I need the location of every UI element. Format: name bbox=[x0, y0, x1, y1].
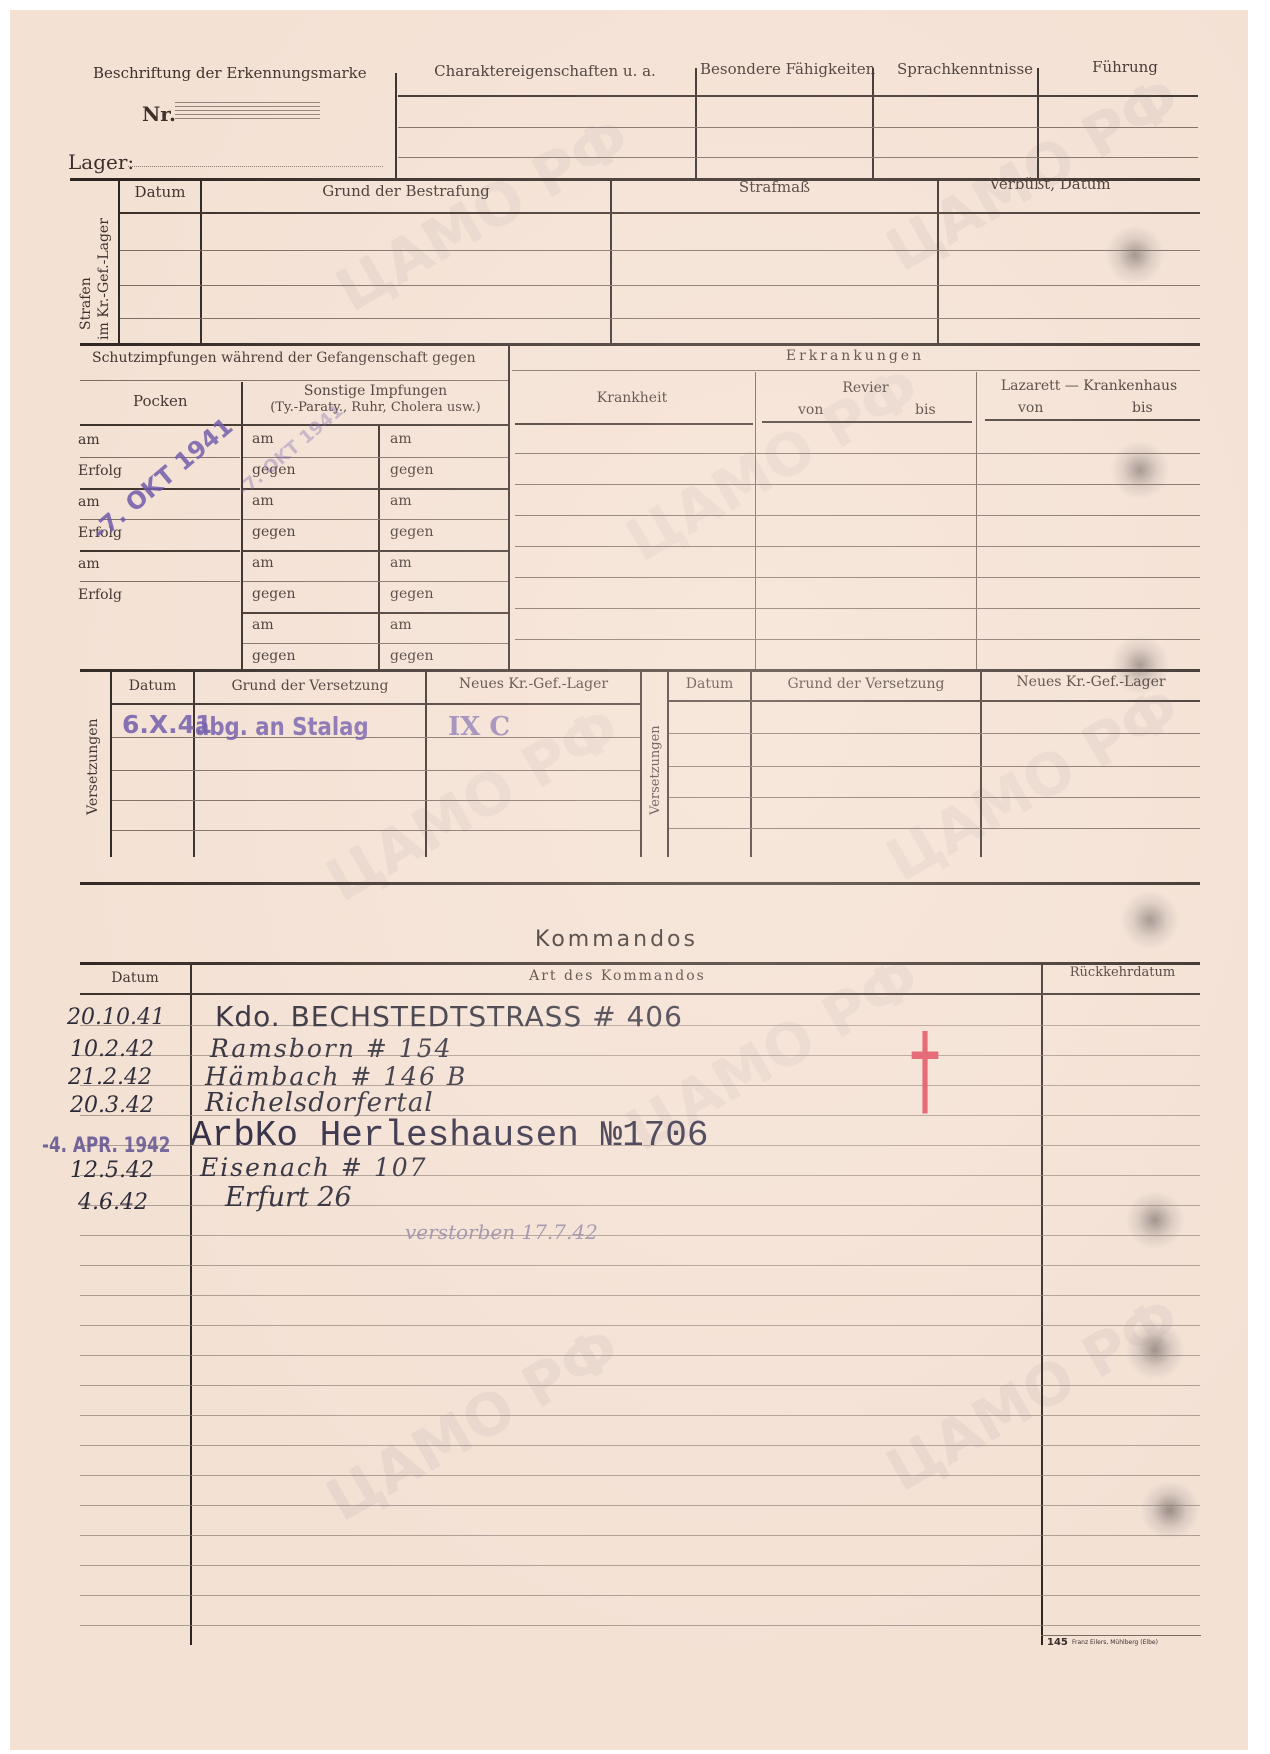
rule bbox=[243, 581, 508, 582]
rule bbox=[120, 285, 1200, 286]
revier-von: von bbox=[798, 402, 823, 418]
rule bbox=[515, 608, 1200, 609]
lazarett-bis: bis bbox=[1132, 400, 1153, 416]
rule bbox=[669, 733, 1200, 734]
watermark: ЦАМО РФ bbox=[875, 673, 1191, 895]
lager-field[interactable] bbox=[128, 166, 383, 167]
nr-field[interactable] bbox=[175, 102, 320, 120]
versetzung-col-date: Datum bbox=[112, 678, 193, 694]
sonstige-row: am bbox=[390, 555, 412, 571]
rule bbox=[243, 612, 508, 614]
sonstige-row: am bbox=[390, 493, 412, 509]
sonstige-label: Sonstige Impfungen bbox=[243, 383, 508, 399]
punch-hole bbox=[1120, 890, 1180, 950]
rule bbox=[80, 581, 240, 582]
rule bbox=[112, 830, 640, 831]
sonstige-row: am bbox=[252, 617, 274, 633]
rule bbox=[515, 577, 1200, 578]
col-header-languages: Sprachkenntnisse bbox=[880, 60, 1050, 78]
strafen-col-date: Datum bbox=[120, 183, 200, 201]
pocken-label: Pocken bbox=[133, 392, 188, 410]
kommando-text: Richelsdorfertal bbox=[205, 1088, 434, 1118]
divider bbox=[1037, 68, 1039, 178]
rule bbox=[762, 421, 972, 423]
kommando-text-typed: ArbKo Herleshausen №1706 bbox=[190, 1115, 708, 1156]
rule bbox=[669, 828, 1200, 829]
rule bbox=[669, 766, 1200, 767]
pocken-row: Erfolg bbox=[78, 463, 122, 479]
kommando-date: 10.2.42 bbox=[70, 1037, 154, 1062]
sonstige-row: am bbox=[252, 555, 274, 571]
rule bbox=[112, 703, 640, 705]
rule bbox=[80, 550, 240, 552]
versetzung-col-reason: Grund der Versetzung bbox=[195, 678, 425, 694]
divider bbox=[695, 68, 697, 178]
rule bbox=[80, 457, 240, 458]
divider bbox=[937, 180, 939, 345]
kommandos-title: Kommandos bbox=[535, 927, 698, 952]
rule bbox=[398, 95, 1198, 97]
rule bbox=[985, 419, 1200, 421]
tag-label: Beschriftung der Erkennungsmarke bbox=[93, 64, 367, 82]
rule bbox=[515, 546, 1200, 547]
sonstige-row: gegen bbox=[252, 524, 296, 540]
sonstige-label-2: (Ty.-Paraty., Ruhr, Cholera usw.) bbox=[243, 400, 508, 415]
rule bbox=[669, 797, 1200, 798]
versetzung-col-camp: Neues Kr.-Gef.-Lager bbox=[427, 676, 640, 692]
sonstige-row: am bbox=[252, 431, 274, 447]
divider bbox=[395, 73, 397, 178]
rule bbox=[80, 993, 1200, 995]
rule bbox=[515, 515, 1200, 516]
rule bbox=[398, 157, 1198, 158]
form-number: 145 bbox=[1047, 1637, 1068, 1648]
impfungen-title: Schutzimpfungen während der Gefangenscha… bbox=[92, 350, 476, 366]
kommando-col-type: Art des Kommandos bbox=[195, 968, 1040, 984]
rule bbox=[243, 550, 508, 552]
kommando-date: 4.6.42 bbox=[78, 1190, 148, 1215]
divider bbox=[755, 372, 756, 670]
kommando-date: 21.2.42 bbox=[68, 1065, 152, 1090]
revier-bis: bis bbox=[915, 402, 936, 418]
kommando-text: Ramsborn # 154 bbox=[210, 1034, 453, 1063]
kommando-text: Hämbach # 146 B bbox=[205, 1062, 467, 1091]
pocken-row: am bbox=[78, 556, 100, 572]
kommando-text: Kdo. BECHSTEDTSTRASS # 406 bbox=[215, 1000, 683, 1033]
rule bbox=[669, 700, 1200, 702]
punch-hole bbox=[1110, 440, 1170, 500]
sonstige-row: gegen bbox=[252, 586, 296, 602]
rule bbox=[398, 127, 1198, 128]
lazarett-label: Lazarett — Krankenhaus bbox=[978, 378, 1200, 394]
rule bbox=[515, 423, 753, 425]
rule bbox=[243, 488, 508, 490]
versetzung-stamp-text: abg. an Stalag bbox=[195, 712, 369, 741]
sonstige-row: gegen bbox=[252, 648, 296, 664]
krankheit-label: Krankheit bbox=[512, 390, 752, 406]
date-stamp-faint: -7. OKT 1941 bbox=[234, 400, 348, 500]
kommando-date: 20.10.41 bbox=[67, 1005, 165, 1030]
divider bbox=[508, 345, 510, 670]
divider bbox=[118, 180, 120, 345]
sonstige-row: gegen bbox=[390, 586, 434, 602]
versetzungen-side-label-right: Versetzungen bbox=[648, 725, 663, 815]
sonstige-row: am bbox=[390, 617, 412, 633]
rule bbox=[515, 484, 1200, 485]
rule bbox=[80, 380, 508, 381]
section-rule bbox=[80, 882, 1200, 885]
versetzung-col-date-2: Datum bbox=[669, 676, 750, 692]
section-rule bbox=[80, 343, 1200, 346]
sonstige-row: gegen bbox=[390, 462, 434, 478]
erkrankungen-title: Erkrankungen bbox=[510, 348, 1200, 364]
nr-label: Nr. bbox=[142, 102, 176, 126]
kommando-text: Eisenach # 107 bbox=[200, 1153, 428, 1182]
rule bbox=[112, 800, 640, 801]
punch-hole bbox=[1105, 225, 1165, 285]
col-header-character: Charaktereigenschaften u. a. bbox=[405, 62, 685, 80]
death-note: verstorben 17.7.42 bbox=[405, 1220, 598, 1244]
strafen-col-reason: Grund der Bestrafung bbox=[202, 182, 610, 200]
watermark: ЦАМО РФ bbox=[325, 103, 641, 325]
kommando-col-date: Datum bbox=[80, 970, 190, 986]
sonstige-row: am bbox=[252, 493, 274, 509]
divider bbox=[200, 180, 202, 345]
strafen-col-penalty: Strafmaß bbox=[612, 178, 937, 196]
revier-label: Revier bbox=[758, 380, 973, 396]
divider bbox=[378, 426, 380, 672]
cross-mark: † bbox=[910, 1020, 940, 1120]
col-header-abilities: Besondere Fähigkeiten bbox=[700, 60, 870, 78]
strafen-side-label: Strafen bbox=[78, 277, 94, 330]
kommando-date: 20.3.42 bbox=[70, 1093, 154, 1118]
strafen-col-served: Verbüßt, Datum bbox=[940, 175, 1160, 193]
divider bbox=[872, 68, 874, 178]
rule bbox=[112, 770, 640, 771]
kommando-date: 12.5.42 bbox=[70, 1158, 154, 1183]
kommando-date-stamp: -4. APR. 1942 bbox=[42, 1133, 170, 1157]
pocken-row: Erfolg bbox=[78, 587, 122, 603]
rule bbox=[120, 318, 1200, 319]
strafen-side-label-2: im Kr.-Gef.-Lager bbox=[96, 218, 112, 340]
divider bbox=[976, 372, 977, 670]
divider bbox=[640, 672, 642, 857]
rule bbox=[243, 519, 508, 520]
sonstige-row: am bbox=[390, 431, 412, 447]
rule bbox=[515, 453, 1200, 454]
rule bbox=[1041, 1635, 1201, 1636]
kommando-text: Erfurt 26 bbox=[225, 1182, 352, 1213]
versetzung-col-camp-2: Neues Kr.-Gef.-Lager bbox=[982, 674, 1200, 690]
col-header-conduct: Führung bbox=[1050, 58, 1200, 76]
rule bbox=[120, 250, 1200, 251]
date-stamp: -7. OKT 1941 bbox=[86, 412, 238, 546]
printer-imprint: Franz Eilers, Mühlberg (Elbe) bbox=[1072, 1639, 1158, 1646]
sonstige-row: gegen bbox=[390, 648, 434, 664]
rule bbox=[120, 212, 1200, 214]
versetzung-stamp-camp: IX C bbox=[448, 712, 510, 742]
rule bbox=[515, 639, 1200, 640]
lager-label: Lager: bbox=[68, 150, 134, 174]
rule bbox=[512, 370, 1200, 371]
rule bbox=[80, 424, 508, 426]
versetzung-col-reason-2: Grund der Versetzung bbox=[752, 676, 980, 692]
document-page: ЦАМО РФ ЦАМО РФ ЦАМО РФ ЦАМО РФ ЦАМО РФ … bbox=[10, 10, 1248, 1750]
pocken-row: am bbox=[78, 494, 100, 510]
divider bbox=[610, 180, 612, 345]
sonstige-row: gegen bbox=[390, 524, 434, 540]
kommando-col-return: Rückkehrdatum bbox=[1045, 965, 1200, 980]
section-rule bbox=[80, 962, 1200, 965]
versetzungen-side-label: Versetzungen bbox=[85, 718, 101, 815]
rule bbox=[243, 643, 508, 644]
lazarett-von: von bbox=[1018, 400, 1043, 416]
pocken-row: am bbox=[78, 432, 100, 448]
